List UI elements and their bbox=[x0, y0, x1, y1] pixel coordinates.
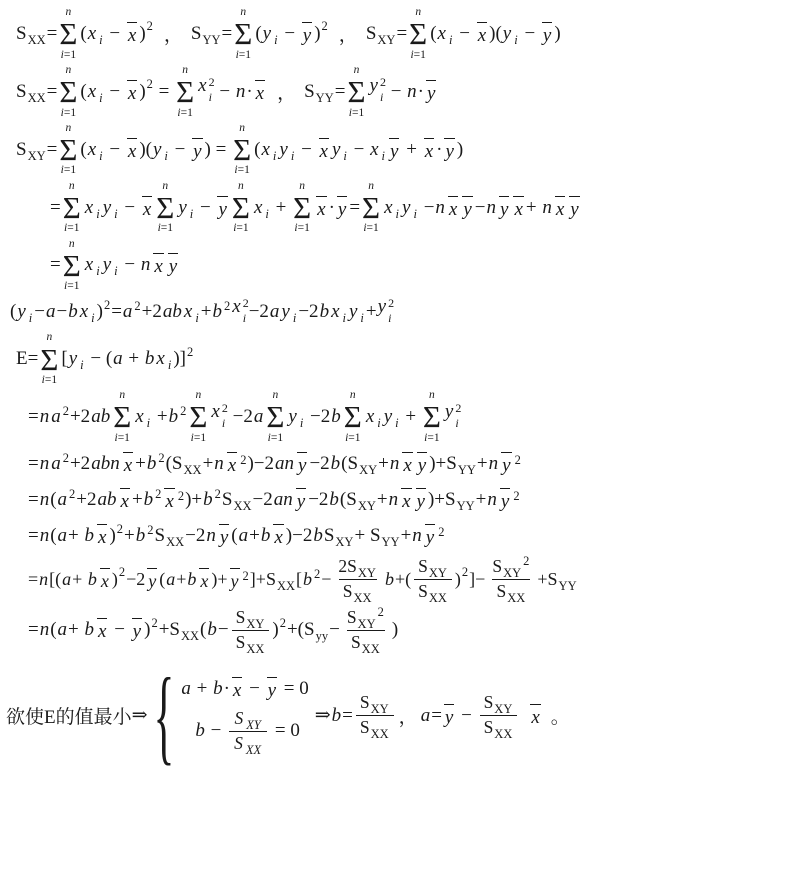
subscript: i bbox=[98, 91, 103, 106]
math-variable: b bbox=[312, 525, 324, 547]
overline-bar: y bbox=[300, 21, 314, 47]
math-variable: yi bbox=[262, 23, 280, 45]
summation-symbol: nΣi=1 bbox=[59, 64, 77, 120]
math-variable: b bbox=[186, 569, 197, 590]
sigma-glyph: Σ bbox=[59, 19, 77, 48]
sum-lower-limit: i=1 bbox=[64, 280, 79, 293]
math-variable: xi bbox=[330, 301, 348, 323]
math-variable: SXX bbox=[16, 23, 47, 45]
math-variable: b bbox=[212, 678, 224, 700]
sigma-glyph: Σ bbox=[266, 402, 284, 431]
sigma-glyph: Σ bbox=[362, 193, 380, 222]
superscript: 2 bbox=[147, 523, 153, 538]
math-variable: n bbox=[411, 525, 423, 547]
math-variable: a bbox=[57, 525, 69, 547]
subscript: XX bbox=[277, 579, 295, 594]
math-variable: b bbox=[319, 301, 331, 323]
math-text: = bbox=[111, 301, 122, 323]
math-text: ) bbox=[144, 619, 150, 641]
sum-lower-limit: i=1 bbox=[424, 432, 439, 445]
subscript: i bbox=[264, 207, 269, 222]
math-variable: b bbox=[67, 301, 79, 323]
math-text: − bbox=[105, 139, 125, 161]
math-variable: x2 bbox=[162, 487, 185, 513]
math-text: + bbox=[192, 678, 212, 700]
subscript: YY bbox=[559, 579, 577, 594]
math-variable: y bbox=[442, 703, 456, 729]
overline-bar: y bbox=[217, 523, 231, 549]
math-text: = 0 bbox=[279, 678, 309, 700]
summation-symbol: nΣi=1 bbox=[59, 6, 77, 62]
fraction-denominator: SXX bbox=[339, 579, 377, 604]
math-text: = bbox=[154, 81, 174, 103]
math-variable: n bbox=[38, 569, 49, 590]
math-text: = bbox=[28, 489, 39, 511]
subscript: i bbox=[189, 207, 194, 222]
math-text: − bbox=[120, 254, 140, 276]
overline-bar: x bbox=[271, 523, 285, 549]
subscript: i bbox=[194, 311, 199, 326]
fraction: 2SXYSXX bbox=[334, 555, 381, 604]
overline-bar: y bbox=[190, 137, 204, 163]
math-text: = 0 bbox=[270, 720, 300, 742]
overline-bar: y bbox=[387, 137, 401, 163]
subscript: i bbox=[163, 149, 168, 164]
math-variable: y2i bbox=[444, 401, 461, 434]
sum-lower-limit: i=1 bbox=[61, 107, 76, 120]
sigma-glyph: Σ bbox=[293, 193, 311, 222]
subscript: XX bbox=[371, 727, 389, 743]
math-variable: x bbox=[98, 567, 112, 592]
math-variable: b bbox=[328, 489, 340, 511]
math-variable: b bbox=[87, 569, 98, 590]
superscript: 2 bbox=[513, 489, 519, 504]
math-variable: y bbox=[217, 523, 231, 549]
superscript: 2 bbox=[63, 451, 69, 466]
math-text: = bbox=[211, 139, 231, 161]
math-text: = bbox=[28, 525, 39, 547]
math-variable: xi bbox=[84, 254, 102, 276]
math-text: + bbox=[401, 525, 412, 547]
sum-lower-limit: i=1 bbox=[177, 107, 192, 120]
math-variable: x bbox=[553, 195, 567, 221]
overline-bar: x bbox=[553, 195, 567, 221]
line-e-step5: =n[(a+ bx)2−2y(a+bx)+y2]+SXX[b2−2SXYSXXb… bbox=[4, 555, 788, 604]
math-text: − bbox=[56, 301, 67, 323]
overline-bar: y bbox=[460, 195, 474, 221]
sum-lower-limit: i=1 bbox=[191, 432, 206, 445]
math-variable: x bbox=[511, 195, 525, 221]
math-text: − bbox=[170, 139, 190, 161]
math-text: − bbox=[296, 139, 316, 161]
subscript: i bbox=[272, 149, 277, 164]
math-variable: xi bbox=[134, 406, 152, 428]
math-text: )+ bbox=[428, 489, 445, 511]
math-text: − bbox=[456, 705, 476, 727]
overline-bar: x bbox=[446, 195, 460, 221]
math-variable: x bbox=[121, 451, 135, 477]
overline-bar: y bbox=[228, 567, 242, 592]
math-text: +( bbox=[287, 619, 304, 641]
math-variable: xi bbox=[84, 197, 102, 219]
subscript: XX bbox=[184, 463, 202, 478]
sigma-glyph: Σ bbox=[40, 345, 58, 374]
math-derivation-document: SXX=nΣi=1(xi − x)2，SYY=nΣi=1(yi − y)2，SX… bbox=[0, 0, 792, 775]
sum-lower-limit: i=1 bbox=[64, 222, 79, 235]
math-text: − bbox=[244, 678, 264, 700]
summation-symbol: nΣi=1 bbox=[234, 6, 252, 62]
math-variable: y2i bbox=[377, 296, 394, 329]
sub-sup-stack: 2i bbox=[380, 76, 386, 103]
math-variable: xi bbox=[87, 81, 105, 103]
equation-row: b − SXYSXX = 0 bbox=[194, 707, 299, 756]
math-text: ) bbox=[554, 23, 560, 45]
superscript: 2 bbox=[462, 565, 468, 580]
math-text: −2 bbox=[185, 525, 205, 547]
math-text: )+ bbox=[211, 569, 227, 590]
summation-symbol: nΣi=1 bbox=[156, 180, 174, 236]
line-e-definition: E=nΣi=1[yi − (a + bxi)]2 bbox=[4, 331, 788, 387]
subscript: i bbox=[95, 207, 100, 222]
subscript: XX bbox=[507, 591, 525, 607]
math-variable: y bbox=[424, 79, 438, 105]
math-text: + bbox=[378, 453, 389, 475]
math-text: − bbox=[386, 81, 406, 103]
overline-bar: y bbox=[145, 567, 159, 592]
math-variable: SXX bbox=[172, 453, 203, 475]
overline-bar: y bbox=[423, 523, 437, 549]
math-variable: n bbox=[434, 197, 446, 219]
math-text: − bbox=[206, 720, 226, 742]
math-variable: yi bbox=[68, 348, 86, 370]
math-text: +( bbox=[395, 569, 411, 590]
math-text: )( bbox=[489, 23, 502, 45]
math-variable: a bbox=[45, 301, 57, 323]
overline-bar: x bbox=[151, 252, 165, 278]
overline-bar: x bbox=[197, 567, 211, 592]
math-text: = bbox=[396, 23, 407, 45]
math-variable: b bbox=[330, 406, 342, 428]
math-variable: b bbox=[331, 705, 343, 727]
math-variable: a bbox=[420, 705, 432, 727]
math-text: E bbox=[16, 348, 28, 370]
overline-bar: y bbox=[335, 195, 349, 221]
math-text: = bbox=[222, 23, 233, 45]
math-variable: xi bbox=[87, 23, 105, 45]
math-text: + bbox=[201, 301, 212, 323]
overline-bar: x bbox=[400, 451, 414, 477]
subscript: XY bbox=[371, 702, 389, 718]
superscript: 2 bbox=[151, 616, 157, 631]
math-text: 欲使E的值最小 bbox=[6, 702, 132, 729]
math-text: −2 bbox=[298, 301, 318, 323]
sigma-glyph: Σ bbox=[189, 402, 207, 431]
math-text: ， bbox=[277, 78, 296, 105]
line-sxx-syy-expanded: SXX=nΣi=1(xi − x)2 = nΣi=1x2i − n·x，SYY=… bbox=[4, 64, 788, 120]
overline-bar: y bbox=[567, 195, 581, 221]
sigma-glyph: Σ bbox=[156, 193, 174, 222]
math-text: = bbox=[28, 619, 39, 641]
math-variable: n bbox=[39, 619, 51, 641]
sigma-glyph: Σ bbox=[63, 251, 81, 280]
math-variable: y bbox=[442, 137, 456, 163]
math-text: ， bbox=[339, 20, 358, 47]
superscript: 2 bbox=[187, 345, 193, 360]
math-variable: n bbox=[205, 525, 217, 547]
overline-bar: x bbox=[140, 195, 154, 221]
line-sxy-final: =nΣi=1xiyi − nxy bbox=[4, 238, 788, 294]
subscript: i bbox=[290, 149, 295, 164]
summation-symbol: nΣi=1 bbox=[40, 331, 58, 387]
line-e-step4: =n(a+ bx)2+b2SXX−2ny(a+bx)−2bSXY+ SYY+ny… bbox=[4, 519, 788, 553]
left-brace: { bbox=[153, 662, 174, 769]
subscript: i bbox=[28, 311, 33, 326]
sigma-glyph: Σ bbox=[344, 402, 362, 431]
subscript: i bbox=[98, 149, 103, 164]
fraction-denominator: SXX bbox=[414, 579, 452, 604]
superscript: 2 bbox=[215, 487, 221, 502]
math-variable: SXX bbox=[484, 717, 514, 739]
math-text: ⇒ bbox=[132, 704, 148, 727]
math-variable: SXY bbox=[236, 607, 266, 629]
superscript: 2 bbox=[117, 522, 123, 537]
superscript: 2 bbox=[240, 453, 246, 468]
subscript: i bbox=[513, 33, 518, 48]
math-variable: x bbox=[125, 79, 139, 105]
math-text: ， bbox=[399, 702, 418, 729]
subscript: XY bbox=[503, 566, 521, 582]
math-text: + bbox=[72, 569, 87, 590]
superscript: 2 bbox=[147, 19, 153, 34]
fraction: SXY2SXX bbox=[343, 606, 389, 655]
line-e-step3: =n(a2+2abx+b2x2)+b2SXX−2any−2b(SXY+nxy)+… bbox=[4, 483, 788, 517]
superscript: 2 bbox=[280, 616, 286, 631]
overline-bar: y bbox=[424, 79, 438, 105]
fraction-numerator: SXY bbox=[414, 555, 452, 579]
math-variable: x bbox=[446, 195, 460, 221]
subscript: XY bbox=[494, 702, 512, 718]
math-text: + bbox=[366, 301, 377, 323]
math-variable: abn bbox=[90, 453, 121, 475]
subscript: i bbox=[342, 311, 347, 326]
math-variable: SXY bbox=[324, 525, 355, 547]
math-variable: xi bbox=[383, 197, 401, 219]
math-variable: SXY bbox=[484, 692, 514, 714]
sigma-glyph: Σ bbox=[232, 193, 250, 222]
fraction-denominator: SXX bbox=[492, 579, 530, 604]
sub-sup-stack: 2i bbox=[455, 402, 461, 429]
math-variable: b bbox=[144, 348, 156, 370]
overline-bar: x bbox=[118, 487, 132, 513]
math-variable: SXX bbox=[169, 619, 200, 641]
math-variable: SXY bbox=[360, 692, 390, 714]
superscript: 2 bbox=[134, 299, 140, 314]
math-text: −2 bbox=[249, 301, 269, 323]
math-text: = bbox=[28, 453, 39, 475]
math-text: ， bbox=[164, 20, 183, 47]
math-variable: n bbox=[389, 453, 401, 475]
math-variable: n bbox=[39, 525, 51, 547]
math-text: + bbox=[526, 197, 541, 219]
math-variable: SXX bbox=[351, 632, 381, 654]
sub-sup-stack: 2i bbox=[209, 76, 215, 103]
math-text: ) bbox=[139, 23, 145, 45]
sigma-glyph: Σ bbox=[423, 402, 441, 431]
math-variable: an bbox=[274, 453, 295, 475]
math-variable: yi bbox=[152, 139, 170, 161]
subscript: XY bbox=[358, 499, 376, 514]
overline-bar: x bbox=[162, 487, 176, 513]
subscript: i bbox=[342, 149, 347, 164]
line-sxy-expanded: SXY=nΣi=1(xi − x)(yi − y) = nΣi=1(xiyi −… bbox=[4, 122, 788, 178]
overline-bar: y bbox=[498, 487, 512, 513]
math-variable: yi bbox=[16, 301, 34, 323]
math-text: +2 bbox=[76, 489, 96, 511]
math-variable: a bbox=[253, 406, 265, 428]
math-text: + bbox=[68, 619, 83, 641]
math-text: − bbox=[218, 619, 229, 641]
overline-bar: x bbox=[475, 21, 489, 47]
fraction: SXY2SXX bbox=[488, 555, 534, 604]
superscript: 2 bbox=[104, 298, 110, 313]
fraction-numerator: SXY2 bbox=[343, 606, 389, 630]
overline-bar: x bbox=[125, 21, 139, 47]
math-variable: b bbox=[206, 619, 218, 641]
math-variable: yi bbox=[401, 197, 419, 219]
summation-symbol: nΣi=1 bbox=[113, 389, 131, 445]
math-variable: b bbox=[194, 720, 206, 742]
superscript: 2 bbox=[322, 19, 328, 34]
fraction: SXYSXX bbox=[356, 691, 394, 740]
sum-lower-limit: i=1 bbox=[114, 432, 129, 445]
math-text: )+ bbox=[185, 489, 202, 511]
math-variable: n bbox=[213, 453, 225, 475]
summation-symbol: nΣi=1 bbox=[362, 180, 380, 236]
math-variable: x bbox=[314, 195, 328, 221]
math-variable: an bbox=[273, 489, 294, 511]
math-variable: n bbox=[486, 489, 498, 511]
math-variable: y bbox=[387, 137, 401, 163]
overline-bar: y bbox=[130, 617, 144, 643]
subscript: i bbox=[146, 416, 151, 431]
math-text: = bbox=[28, 569, 38, 590]
math-variable: yi bbox=[177, 197, 195, 219]
math-variable: a bbox=[238, 525, 250, 547]
math-text: ) bbox=[112, 569, 118, 590]
math-variable: SXX bbox=[418, 581, 448, 603]
subscript: XY bbox=[377, 33, 395, 48]
math-variable: xi bbox=[260, 139, 278, 161]
math-text: − ( bbox=[86, 348, 113, 370]
math-text: ) bbox=[457, 139, 463, 161]
math-text: + bbox=[377, 489, 388, 511]
sum-lower-limit: i=1 bbox=[410, 49, 425, 62]
math-variable: b bbox=[84, 525, 96, 547]
math-variable: SYY bbox=[446, 453, 477, 475]
math-text: ⇒ bbox=[315, 704, 331, 727]
superscript: 2 bbox=[178, 489, 184, 504]
superscript: 2 bbox=[119, 565, 125, 580]
fraction-denominator: SXX bbox=[356, 715, 394, 740]
math-variable: x bbox=[197, 567, 211, 592]
system-of-equations: {a + b·x − y = 0b − SXYSXX = 0 bbox=[150, 676, 309, 756]
overline-bar: x bbox=[511, 195, 525, 221]
fraction-numerator: SXY2 bbox=[488, 555, 534, 579]
math-variable: b2 bbox=[202, 489, 222, 511]
summation-symbol: nΣi=1 bbox=[59, 122, 77, 178]
math-text: − bbox=[329, 619, 340, 641]
math-text: − bbox=[520, 23, 540, 45]
superscript: 2 bbox=[224, 299, 230, 314]
math-text: = bbox=[349, 197, 360, 219]
subscript: XY bbox=[335, 535, 353, 550]
summation-symbol: nΣi=1 bbox=[63, 180, 81, 236]
math-variable: yi bbox=[278, 139, 296, 161]
subscript: YY bbox=[202, 33, 220, 48]
fraction-denominator: SXX bbox=[480, 715, 518, 740]
math-text: −2 bbox=[305, 406, 330, 428]
math-variable: SXX bbox=[266, 569, 296, 590]
math-variable: a bbox=[112, 348, 124, 370]
math-variable: xi bbox=[155, 348, 173, 370]
math-variable: x bbox=[475, 21, 489, 47]
math-text: + bbox=[135, 453, 146, 475]
math-variable: b bbox=[260, 525, 272, 547]
math-text: )−2 bbox=[247, 453, 274, 475]
subscript: XX bbox=[233, 499, 251, 514]
math-variable: SXX bbox=[16, 81, 47, 103]
math-variable: SYY bbox=[445, 489, 476, 511]
subscript: XX bbox=[362, 642, 380, 658]
overline-bar: x bbox=[230, 676, 244, 702]
math-text: = bbox=[50, 254, 61, 276]
superscript: 2 bbox=[63, 404, 69, 419]
math-variable: x2i bbox=[210, 401, 227, 434]
math-variable: a bbox=[180, 678, 192, 700]
subscript: XX bbox=[494, 727, 512, 743]
math-variable: yi bbox=[280, 301, 298, 323]
summation-symbol: nΣi=1 bbox=[409, 6, 427, 62]
subscript: XX bbox=[429, 591, 447, 607]
math-variable: yi bbox=[348, 301, 366, 323]
math-variable: y bbox=[414, 487, 428, 513]
summation-symbol: nΣi=1 bbox=[233, 122, 251, 178]
math-variable: SXX bbox=[360, 717, 390, 739]
math-text: ) bbox=[109, 525, 115, 547]
sum-lower-limit: i=1 bbox=[42, 374, 57, 387]
subscript: XX bbox=[181, 629, 199, 644]
math-variable: y bbox=[215, 195, 229, 221]
math-variable: SXY bbox=[348, 453, 379, 475]
math-variable: y bbox=[130, 617, 144, 643]
line-def-sxx-syy-sxy: SXX=nΣi=1(xi − x)2，SYY=nΣi=1(yi − y)2，SX… bbox=[4, 6, 788, 62]
sigma-glyph: Σ bbox=[113, 402, 131, 431]
overline-bar: x bbox=[125, 79, 139, 105]
superscript: 2 bbox=[155, 487, 161, 502]
fraction: SXYSXX bbox=[414, 555, 452, 604]
math-text: )−2 bbox=[286, 525, 313, 547]
subscript: XY bbox=[245, 718, 262, 734]
summation-symbol: nΣi=1 bbox=[176, 64, 194, 120]
math-variable: n bbox=[140, 254, 152, 276]
math-variable: y bbox=[166, 252, 180, 278]
math-variable: n bbox=[406, 81, 418, 103]
overline-bar: y bbox=[295, 451, 309, 477]
math-text: ) bbox=[314, 23, 320, 45]
overline-bar: x bbox=[121, 451, 135, 477]
math-text: − bbox=[419, 197, 434, 219]
math-variable: a bbox=[269, 301, 281, 323]
